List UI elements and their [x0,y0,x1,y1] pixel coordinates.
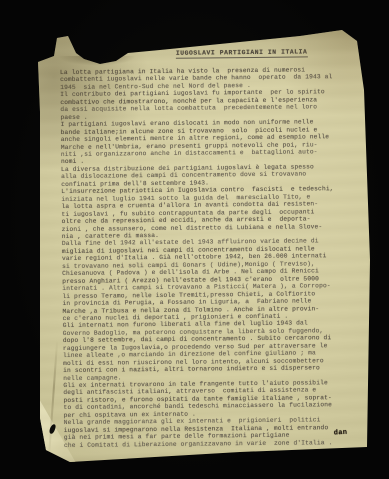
typescript-content: IUGOSLAVI PARTIGIANI IN ITALIA La lotta … [0,0,389,479]
typescript-body: La lotta partigiana in Italia ha visto l… [60,66,376,449]
scan-background: IUGOSLAVI PARTIGIANI IN ITALIA La lotta … [0,0,389,479]
ink-annotation: dan [334,429,348,438]
document-title: IUGOSLAVI PARTIGIANI IN ITALIA [176,48,308,59]
document-page: IUGOSLAVI PARTIGIANI IN ITALIA La lotta … [0,0,389,479]
